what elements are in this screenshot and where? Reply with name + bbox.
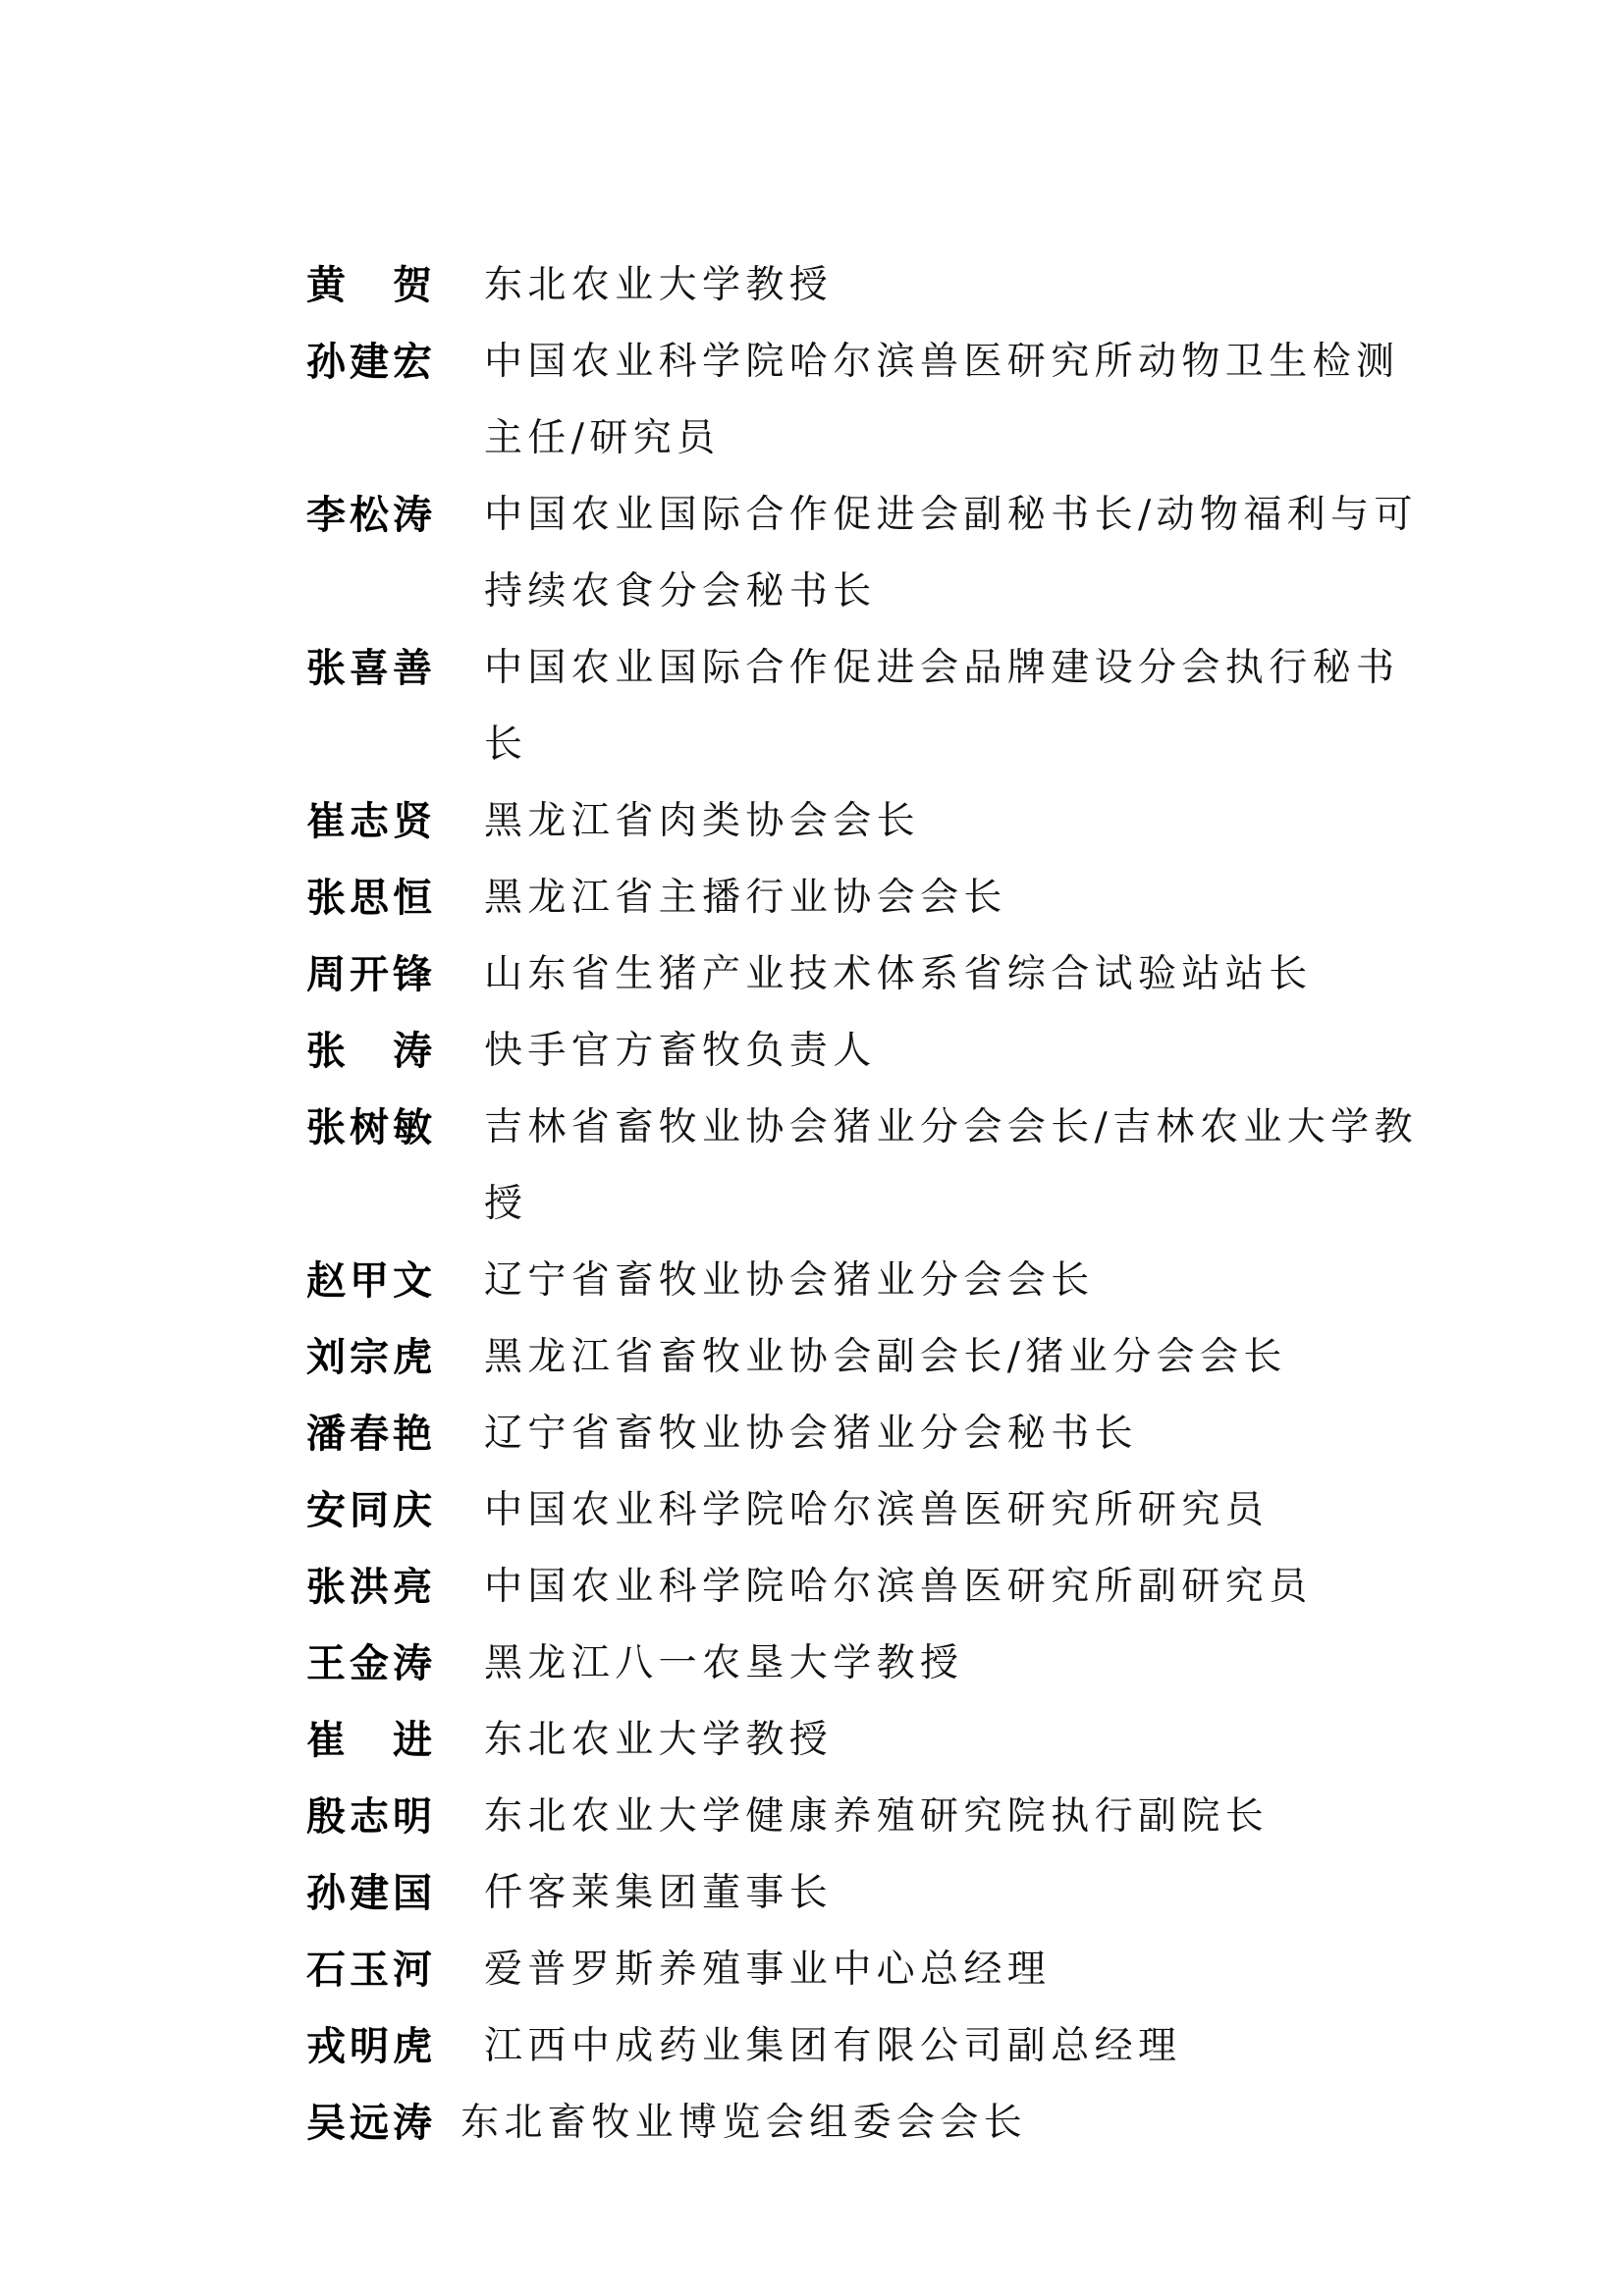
- document-page: 黄 贺 东北农业大学教授 孙建宏 中国农业科学院哈尔滨兽医研究所动物卫生检测主任…: [0, 0, 1624, 2296]
- member-title: 吉林省畜牧业协会猪业分会会长/吉林农业大学教授: [484, 1090, 1427, 1243]
- member-name: 崔 进: [306, 1702, 484, 1779]
- member-title: 快手官方畜牧负责人: [484, 1013, 1427, 1090]
- member-title: 中国农业科学院哈尔滨兽医研究所副研究员: [484, 1549, 1427, 1626]
- member-name: 殷志明: [306, 1779, 484, 1855]
- member-name: 吴远涛: [306, 2085, 484, 2162]
- list-item: 孙建国 仟客莱集团董事长: [306, 1855, 1485, 1932]
- member-name: 孙建国: [306, 1855, 484, 1932]
- list-item: 张思恒 黑龙江省主播行业协会会长: [306, 860, 1485, 936]
- member-title: 辽宁省畜牧业协会猪业分会秘书长: [484, 1396, 1427, 1472]
- list-item: 李松涛 中国农业国际合作促进会副秘书长/动物福利与可持续农食分会秘书长: [306, 477, 1485, 630]
- member-title: 中国农业国际合作促进会副秘书长/动物福利与可持续农食分会秘书长: [484, 477, 1427, 630]
- member-name: 李松涛: [306, 477, 484, 554]
- member-name: 王金涛: [306, 1626, 484, 1702]
- member-title: 江西中成药业集团有限公司副总经理: [484, 2008, 1427, 2085]
- list-item: 崔 进 东北农业大学教授: [306, 1702, 1485, 1779]
- member-title: 黑龙江省畜牧业协会副会长/猪业分会会长: [484, 1319, 1427, 1396]
- member-title: 东北畜牧业博览会组委会会长: [460, 2085, 1427, 2162]
- member-name: 张树敏: [306, 1090, 484, 1166]
- member-name: 石玉河: [306, 1932, 484, 2008]
- member-title: 黑龙江省肉类协会会长: [484, 783, 1427, 860]
- list-item: 周开锋 山东省生猪产业技术体系省综合试验站站长: [306, 936, 1485, 1013]
- member-name: 安同庆: [306, 1472, 484, 1549]
- list-item: 孙建宏 中国农业科学院哈尔滨兽医研究所动物卫生检测主任/研究员: [306, 324, 1485, 477]
- list-item: 石玉河 爱普罗斯养殖事业中心总经理: [306, 1932, 1485, 2008]
- list-item: 戎明虎 江西中成药业集团有限公司副总经理: [306, 2008, 1485, 2085]
- member-name: 张思恒: [306, 860, 484, 936]
- member-name: 张 涛: [306, 1013, 484, 1090]
- member-name: 潘春艳: [306, 1396, 484, 1472]
- list-item: 黄 贺 东北农业大学教授: [306, 247, 1485, 324]
- list-item: 安同庆 中国农业科学院哈尔滨兽医研究所研究员: [306, 1472, 1485, 1549]
- list-item: 潘春艳 辽宁省畜牧业协会猪业分会秘书长: [306, 1396, 1485, 1472]
- member-title: 东北农业大学健康养殖研究院执行副院长: [484, 1779, 1427, 1855]
- list-item: 赵甲文 辽宁省畜牧业协会猪业分会会长: [306, 1243, 1485, 1319]
- list-item: 张 涛 快手官方畜牧负责人: [306, 1013, 1485, 1090]
- list-item: 张喜善 中国农业国际合作促进会品牌建设分会执行秘书长: [306, 630, 1485, 783]
- member-title: 东北农业大学教授: [484, 247, 1427, 324]
- member-title: 仟客莱集团董事长: [484, 1855, 1427, 1932]
- member-name: 黄 贺: [306, 247, 484, 324]
- member-title: 东北农业大学教授: [484, 1702, 1427, 1779]
- list-item: 王金涛 黑龙江八一农垦大学教授: [306, 1626, 1485, 1702]
- list-item: 张洪亮 中国农业科学院哈尔滨兽医研究所副研究员: [306, 1549, 1485, 1626]
- member-title: 中国农业科学院哈尔滨兽医研究所动物卫生检测主任/研究员: [484, 324, 1427, 477]
- member-name: 孙建宏: [306, 324, 484, 400]
- member-title: 爱普罗斯养殖事业中心总经理: [484, 1932, 1427, 2008]
- member-title: 山东省生猪产业技术体系省综合试验站站长: [484, 936, 1427, 1013]
- member-title: 中国农业科学院哈尔滨兽医研究所研究员: [484, 1472, 1427, 1549]
- member-name: 戎明虎: [306, 2008, 484, 2085]
- list-item: 张树敏 吉林省畜牧业协会猪业分会会长/吉林农业大学教授: [306, 1090, 1485, 1243]
- list-item: 刘宗虎 黑龙江省畜牧业协会副会长/猪业分会会长: [306, 1319, 1485, 1396]
- member-title: 中国农业国际合作促进会品牌建设分会执行秘书长: [484, 630, 1427, 783]
- member-list: 黄 贺 东北农业大学教授 孙建宏 中国农业科学院哈尔滨兽医研究所动物卫生检测主任…: [306, 247, 1485, 2162]
- list-item: 吴远涛 东北畜牧业博览会组委会会长: [306, 2085, 1485, 2162]
- member-name: 刘宗虎: [306, 1319, 484, 1396]
- member-name: 张洪亮: [306, 1549, 484, 1626]
- member-title: 黑龙江八一农垦大学教授: [484, 1626, 1427, 1702]
- member-name: 张喜善: [306, 630, 484, 707]
- member-name: 赵甲文: [306, 1243, 484, 1319]
- member-name: 周开锋: [306, 936, 484, 1013]
- member-title: 辽宁省畜牧业协会猪业分会会长: [484, 1243, 1427, 1319]
- member-title: 黑龙江省主播行业协会会长: [484, 860, 1427, 936]
- list-item: 殷志明 东北农业大学健康养殖研究院执行副院长: [306, 1779, 1485, 1855]
- member-name: 崔志贤: [306, 783, 484, 860]
- list-item: 崔志贤 黑龙江省肉类协会会长: [306, 783, 1485, 860]
